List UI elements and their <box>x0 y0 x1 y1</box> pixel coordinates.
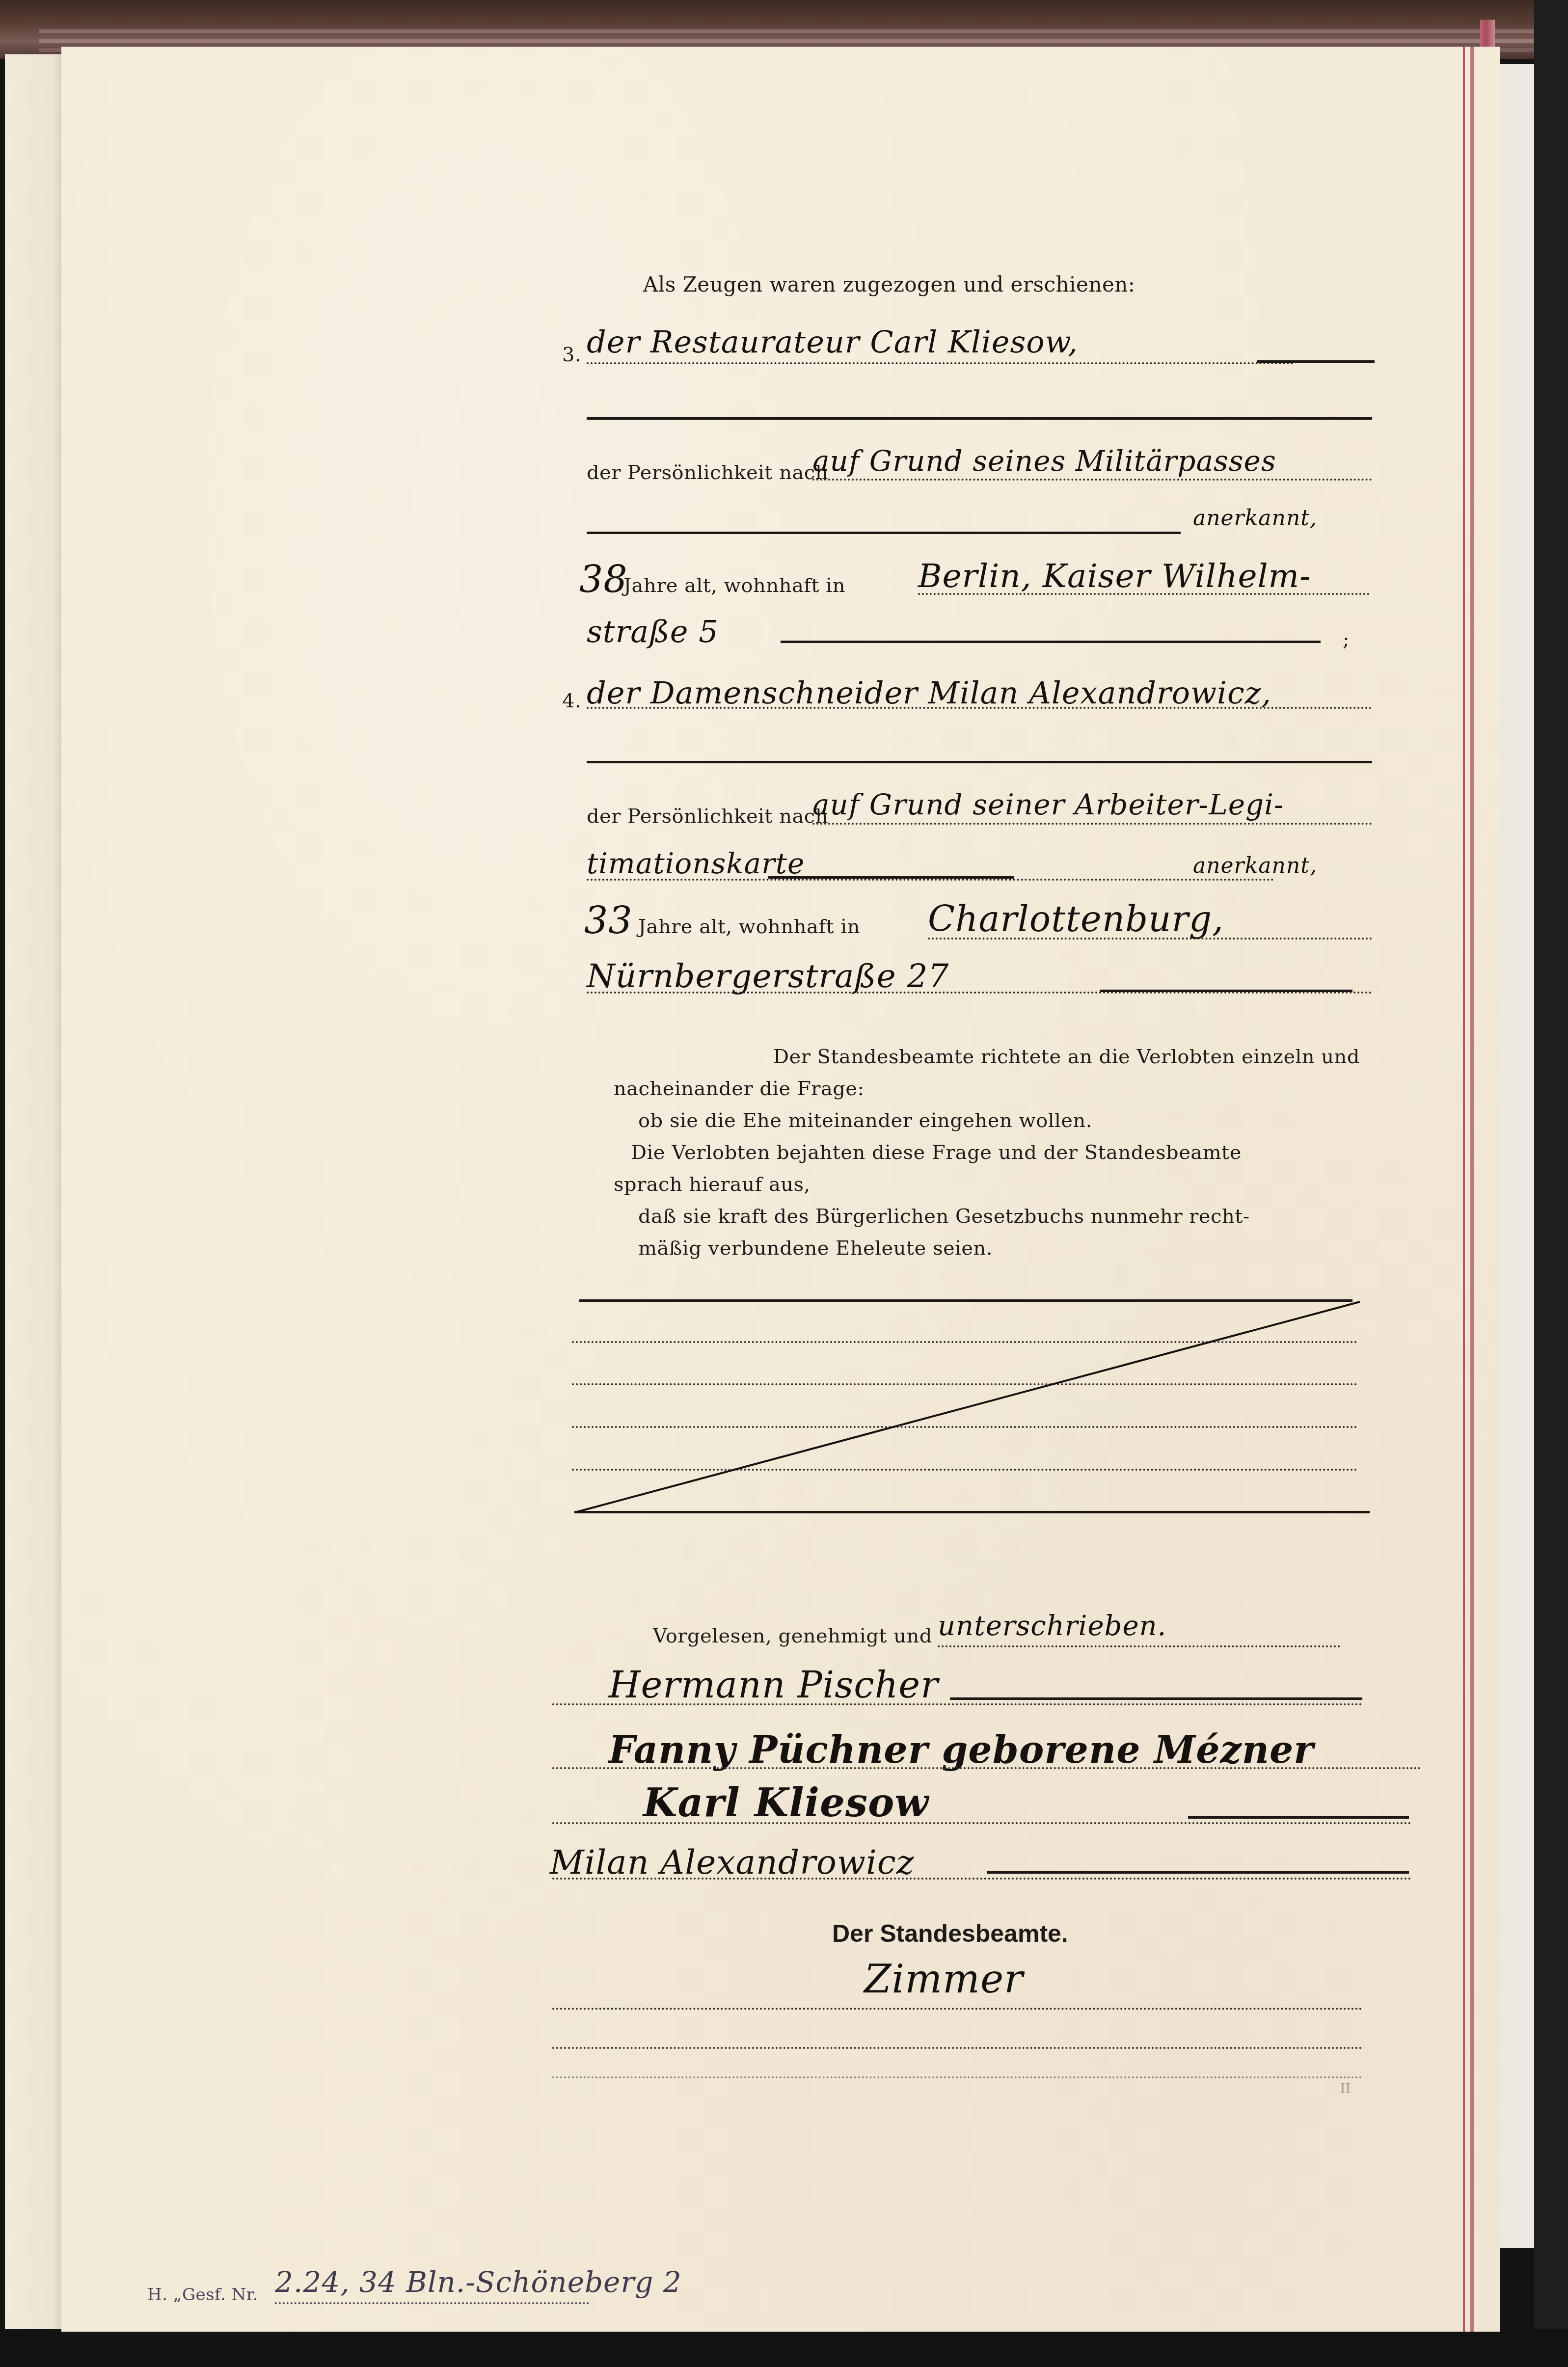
witness3-name-occupation: der Restaurateur Carl Kliesow, <box>587 324 1078 360</box>
fill-line <box>918 593 1370 595</box>
witness4-age-label: Jahre alt, wohnhaft in <box>638 915 860 938</box>
fill-line <box>275 2302 589 2304</box>
footer-form-number: 2.24, 34 Bln.-Schöneberg 2 <box>275 2265 682 2299</box>
fill-line <box>552 2076 1362 2078</box>
witness3-known: anerkannt, <box>1193 506 1317 531</box>
witness4-name-occupation: der Damenschneider Milan Alexandrowicz, <box>587 675 1271 711</box>
faint-page-mark: II <box>1340 2081 1351 2096</box>
previous-page-edge <box>5 54 64 2332</box>
witness3-age: 38 <box>579 557 628 601</box>
witness4-known: anerkannt, <box>1193 853 1317 878</box>
strike-line <box>987 1871 1409 1874</box>
fill-line <box>928 938 1372 940</box>
witness3-identity-value: auf Grund seines Militärpasses <box>812 444 1276 478</box>
witnesses-heading: Als Zeugen waren zugezogen und erschiene… <box>643 272 1135 296</box>
witness4-identity-label: der Persönlichkeit nach <box>587 805 828 828</box>
registrar-signature: Zimmer <box>864 1956 1023 2002</box>
diagonal-cancel-stroke <box>565 1291 1379 1522</box>
witness4-residence-line1: Charlottenburg, <box>928 898 1224 940</box>
fill-line <box>587 707 1372 709</box>
fill-line <box>552 2008 1362 2010</box>
witness3-residence-line2: straße 5 <box>587 614 719 649</box>
ceremony-line: Die Verlobten bejahten diese Frage und d… <box>631 1141 1242 1164</box>
witness4-number: 4. <box>562 690 581 712</box>
witness3-identity-label: der Persönlichkeit nach <box>587 461 828 484</box>
ceremony-line: ob sie die Ehe miteinander eingehen woll… <box>638 1109 1092 1132</box>
fill-line <box>812 479 1372 481</box>
fill-line <box>552 1822 1411 1824</box>
fill-line <box>587 362 1294 364</box>
fill-line <box>552 1703 1362 1705</box>
strike-line <box>587 417 1372 420</box>
witness4-identity-value-line1: auf Grund seiner Arbeiter-Legi- <box>812 788 1284 821</box>
witness3-number: 3. <box>562 344 581 366</box>
strike-line <box>1188 1816 1409 1819</box>
book-bottom-shadow <box>0 2329 1568 2367</box>
fill-line <box>552 2047 1362 2049</box>
witness4-identity-value-line2: timationskarte <box>587 847 805 880</box>
ceremony-line: nacheinander die Frage: <box>614 1077 864 1100</box>
margin-rule <box>1470 47 1474 2332</box>
ceremony-line: daß sie kraft des Bürgerlichen Gesetzbuc… <box>638 1205 1250 1228</box>
strike-line <box>587 761 1372 763</box>
strike-line <box>1100 990 1352 992</box>
margin-rule <box>1463 47 1465 2332</box>
book-cover-right <box>1534 0 1568 2367</box>
fill-line <box>587 879 1274 881</box>
strike-line <box>1257 360 1375 363</box>
next-leaf-edge <box>1495 64 1534 2248</box>
signature-witness4: Milan Alexandrowicz <box>550 1843 915 1882</box>
strike-line <box>587 532 1181 534</box>
ceremony-line: Der Standesbeamte richtete an die Verlob… <box>773 1046 1360 1068</box>
witness4-residence-line2: Nürnbergerstraße 27 <box>587 957 949 995</box>
witness3-terminator: ; <box>1343 628 1350 651</box>
footer-form-prefix: H. „Gesf. Nr. <box>147 2285 258 2305</box>
fill-line <box>552 1878 1411 1880</box>
fill-line <box>552 1767 1421 1769</box>
fill-line <box>938 1645 1340 1647</box>
closing-value: unterschrieben. <box>938 1610 1166 1642</box>
signature-groom: Hermann Pischer <box>609 1664 939 1706</box>
signature-witness3: Karl Kliesow <box>643 1779 929 1826</box>
witness3-age-label: Jahre alt, wohnhaft in <box>623 574 845 597</box>
strike-line <box>781 641 1321 643</box>
registrar-title: Der Standesbeamte. <box>832 1919 1068 1948</box>
fill-line <box>812 823 1372 825</box>
signature-bride: Fanny Püchner geborene Mézner <box>609 1728 1314 1772</box>
closing-label: Vorgelesen, genehmigt und <box>653 1625 932 1647</box>
ceremony-line: mäßig verbundene Eheleute seien. <box>638 1237 993 1260</box>
strike-line <box>950 1697 1362 1700</box>
ceremony-line: sprach hierauf aus, <box>614 1173 811 1196</box>
witness4-age: 33 <box>584 898 633 942</box>
witness3-residence-line1: Berlin, Kaiser Wilhelm- <box>918 557 1311 595</box>
